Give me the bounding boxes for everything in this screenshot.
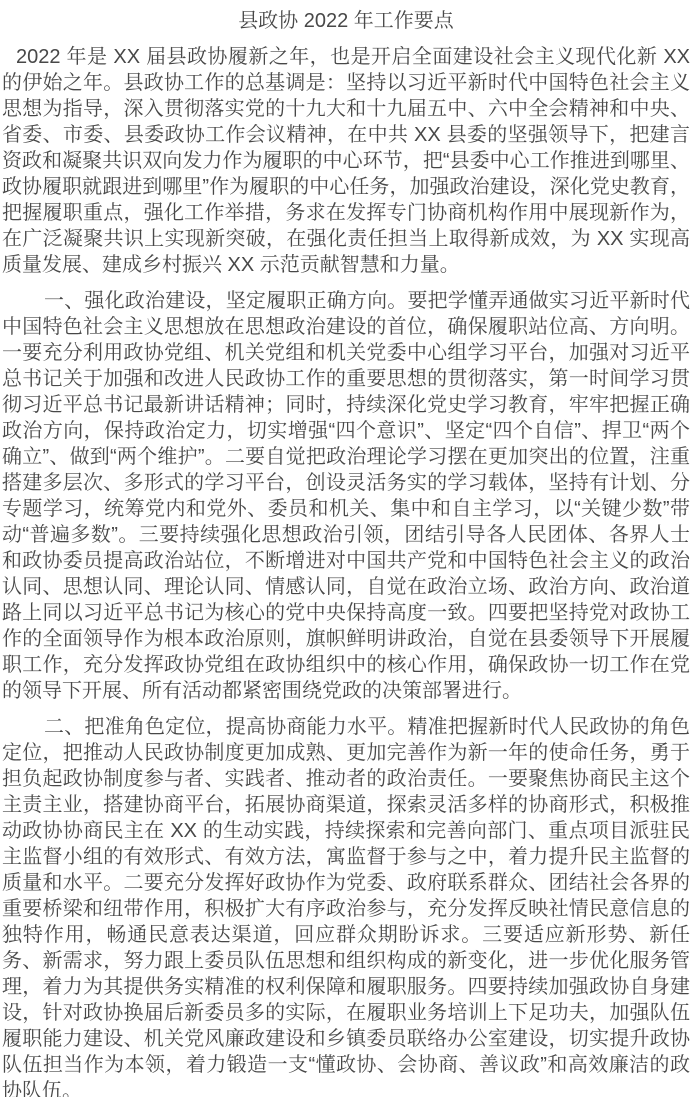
section-1-paragraph: 一、强化政治建设，坚定履职正确方向。要把学懂弄通做实习近平新时代中国特色社会主义…: [2, 288, 690, 704]
document-page: 县政协 2022 年工作要点 2022 年是 XX 届县政协履新之年，也是开启全…: [0, 0, 693, 1097]
intro-paragraph: 2022 年是 XX 届县政协履新之年，也是开启全面建设社会主义现代化新 XX …: [2, 44, 690, 278]
section-2-paragraph: 二、把准角色定位，提高协商能力水平。精准把握新时代人民政协的角色定位，把推动人民…: [2, 714, 690, 1097]
document-title: 县政协 2022 年工作要点: [2, 8, 690, 34]
